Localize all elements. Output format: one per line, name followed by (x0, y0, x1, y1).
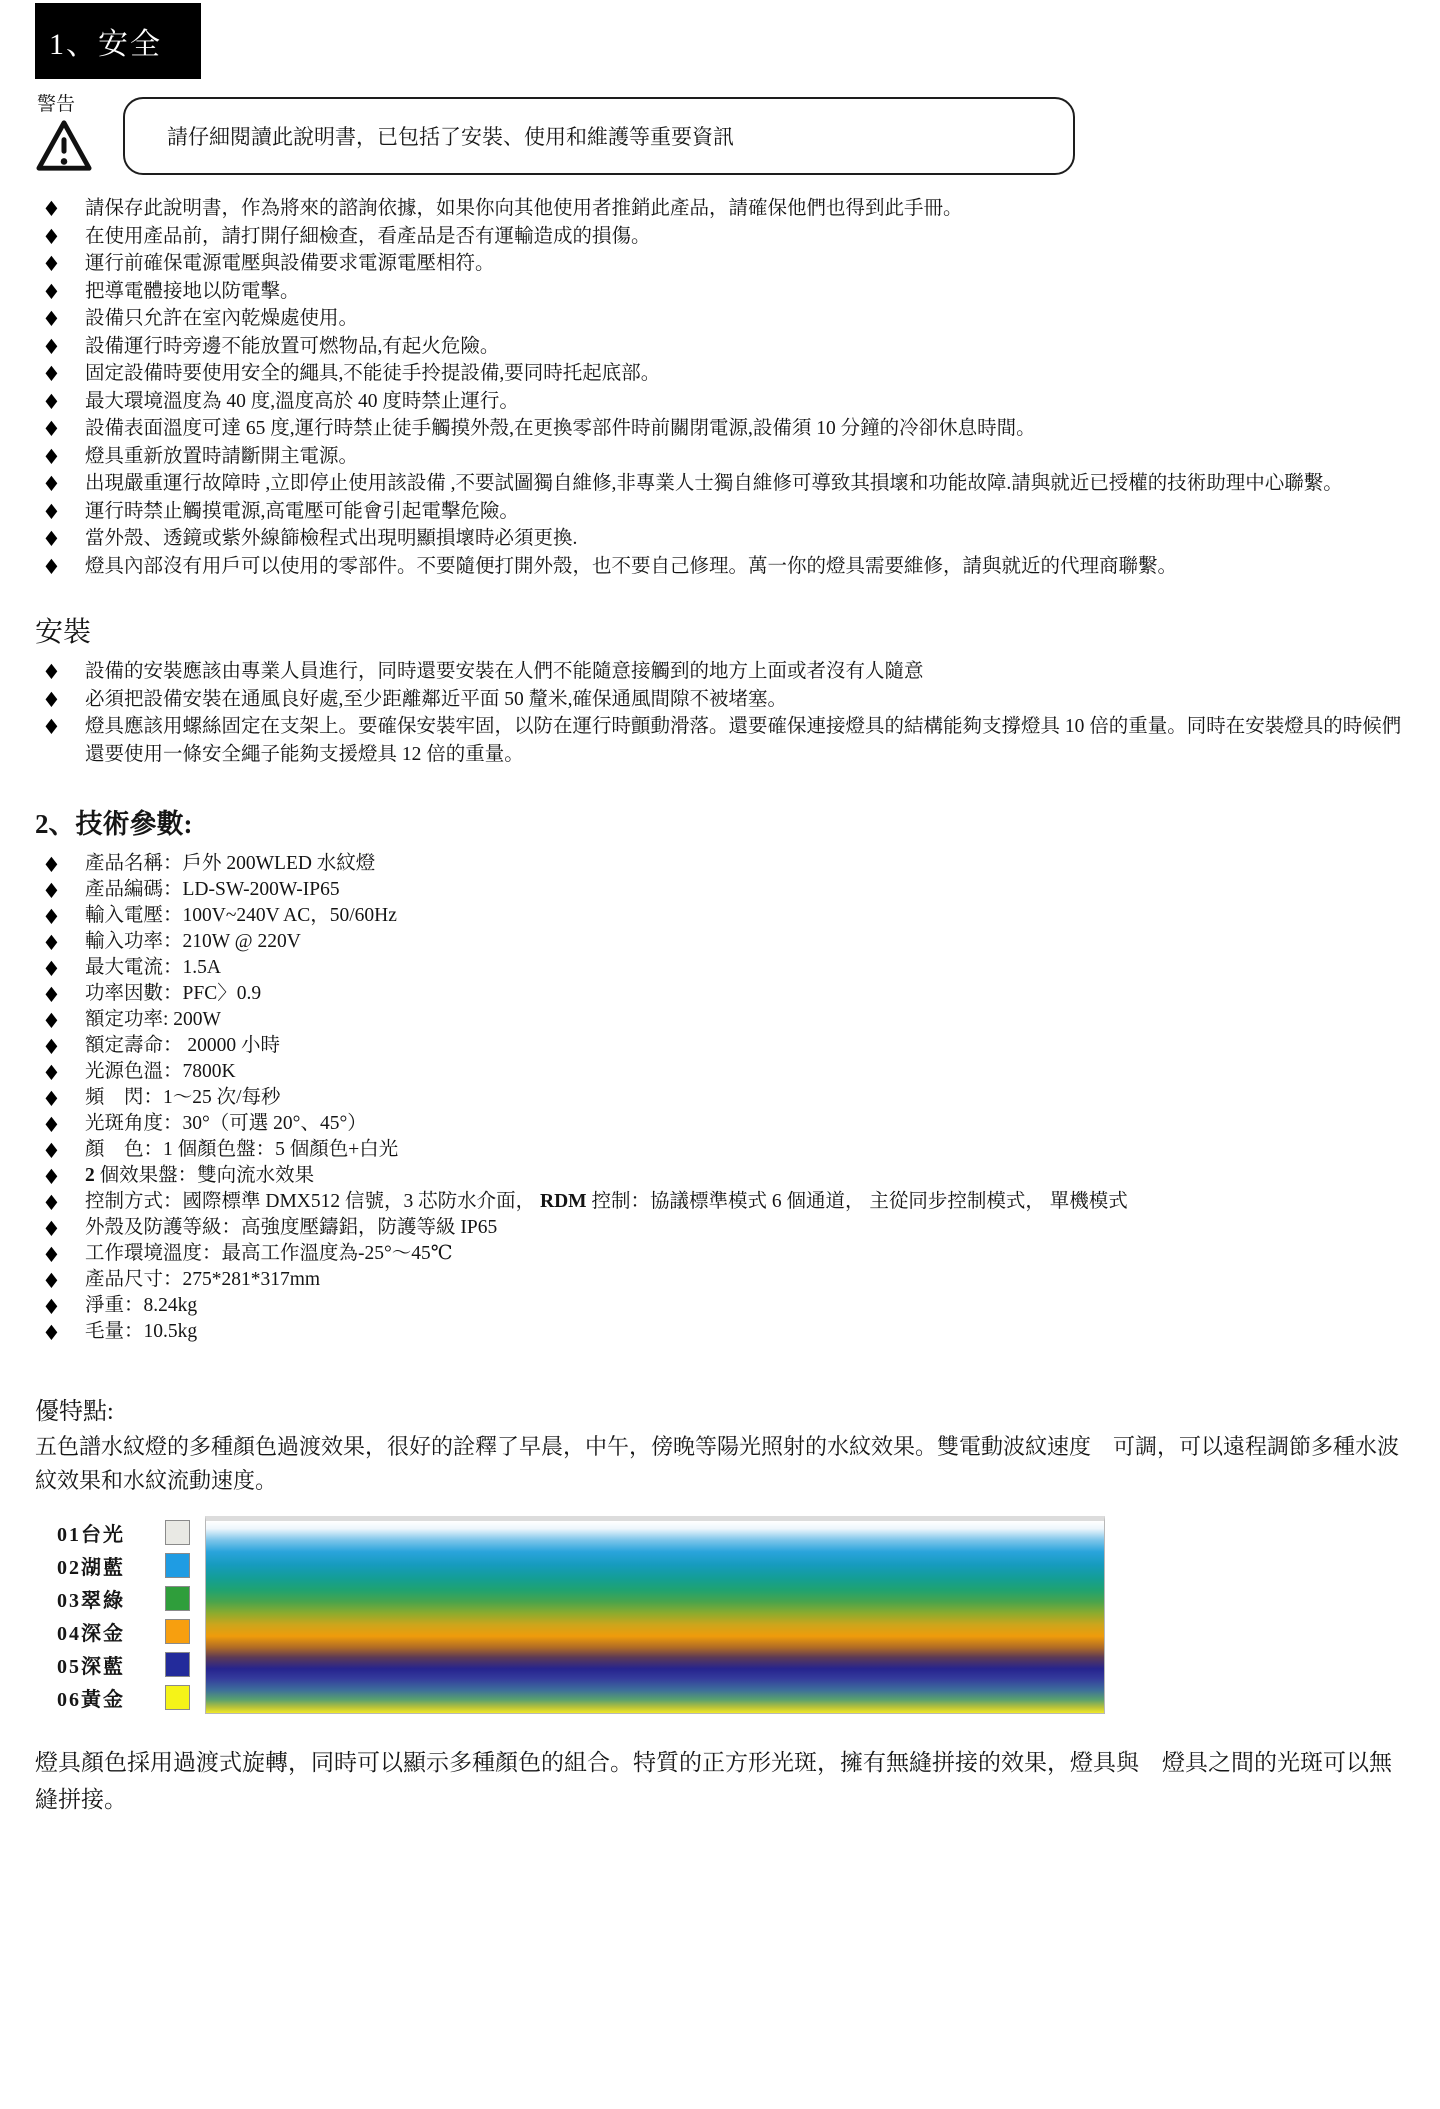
item-text: 產品尺寸：275*281*317mm (85, 1269, 320, 1290)
warning-box: 請仔細閱讀此說明書，已包括了安裝、使用和維護等重要資訊 (123, 97, 1075, 175)
features-description: 五色譜水紋燈的多種顏色過渡效果，很好的詮釋了早晨，中午，傍晚等陽光照射的水紋效果… (35, 1430, 1407, 1498)
color-legend: 01台光02湖藍03翠綠04深金05深藍06黃金 (35, 1514, 193, 1714)
item-text: 2 (85, 1165, 95, 1186)
spec-item: ♦功率因數：PFC〉0.9 (35, 981, 1410, 1007)
legend-row: 02湖藍 (35, 1549, 193, 1582)
diamond-bullet-icon: ♦ (42, 659, 61, 685)
diamond-bullet-icon: ♦ (42, 930, 61, 956)
item-text: 運行時禁止觸摸電源,高電壓可能會引起電擊危險。 (85, 501, 519, 522)
item-text: 顏 色：1 個顏色盤：5 個顏色+白光 (85, 1139, 398, 1160)
spec-item: ♦光斑角度：30°（可選 20°、45°） (35, 1111, 1410, 1137)
safety-item: ♦運行時禁止觸摸電源,高電壓可能會引起電擊危險。 (35, 498, 1410, 526)
diamond-bullet-icon: ♦ (42, 471, 61, 497)
diamond-bullet-icon: ♦ (42, 251, 61, 277)
spec-item: ♦頻 閃：1～25 次/每秒 (35, 1085, 1410, 1111)
item-text: 輸入功率：210W @ 220V (85, 931, 301, 952)
spec-item: ♦毛量：10.5kg (35, 1319, 1410, 1345)
item-text: 出現嚴重運行故障時 ,立即停止使用該設備 ,不要試圖獨自維修,非專業人士獨自維修… (85, 473, 1343, 494)
color-legend-label: 02湖藍 (57, 1551, 165, 1580)
diamond-bullet-icon: ♦ (42, 687, 61, 713)
item-text: 控制方式：國際標準 DMX512 信號，3 芯防水介面， (85, 1191, 540, 1212)
safety-item: ♦最大環境溫度為 40 度,溫度高於 40 度時禁止運行。 (35, 388, 1410, 416)
spec-item: ♦淨重：8.24kg (35, 1293, 1410, 1319)
spec-item: ♦產品尺寸：275*281*317mm (35, 1267, 1410, 1293)
safety-item: ♦燈具內部沒有用戶可以使用的零部件。不要隨便打開外殼，也不要自己修理。萬一你的燈… (35, 553, 1410, 581)
diamond-bullet-icon: ♦ (42, 389, 61, 415)
item-text: 頻 閃：1～25 次/每秒 (85, 1087, 281, 1108)
color-swatch (165, 1553, 190, 1578)
spec-list: ♦產品名稱：戶外 200WLED 水紋燈♦產品編碼：LD-SW-200W-IP6… (35, 851, 1410, 1345)
diamond-bullet-icon: ♦ (42, 1112, 61, 1138)
diamond-bullet-icon: ♦ (42, 306, 61, 332)
diamond-bullet-icon: ♦ (42, 1034, 61, 1060)
color-legend-label: 06黃金 (57, 1683, 165, 1712)
safety-item: ♦當外殼、透鏡或紫外線篩檢程式出現明顯損壞時必須更換. (35, 525, 1410, 553)
diamond-bullet-icon: ♦ (42, 196, 61, 222)
item-text: 設備表面溫度可達 65 度,運行時禁止徒手觸摸外殼,在更換零部件時前關閉電源,設… (85, 418, 1036, 439)
item-text: 必須把設備安裝在通風良好處,至少距離鄰近平面 50 釐米,確保通風間隙不被堵塞。 (85, 689, 787, 710)
item-text: 設備的安裝應該由專業人員進行，同時還要安裝在人們不能隨意接觸到的地方上面或者沒有… (85, 661, 924, 682)
spec-item: ♦控制方式：國際標準 DMX512 信號，3 芯防水介面， RDM 控制：協議標… (35, 1189, 1410, 1215)
install-item: ♦燈具應該用螺絲固定在支架上。要確保安裝牢固，以防在運行時顫動滑落。還要確保連接… (35, 713, 1410, 768)
item-text: 產品名稱：戶外 200WLED 水紋燈 (85, 853, 375, 874)
spec-item: ♦外殼及防護等級：高強度壓鑄鋁，防護等級 IP65 (35, 1215, 1410, 1241)
color-legend-label: 04深金 (57, 1617, 165, 1646)
item-text: 把導電體接地以防電擊。 (85, 281, 300, 302)
section1-title: 1、安全 (49, 19, 162, 63)
spec-item: ♦額定功率: 200W (35, 1007, 1410, 1033)
color-figure: 01台光02湖藍03翠綠04深金05深藍06黃金 (35, 1514, 1410, 1714)
diamond-bullet-icon: ♦ (42, 1294, 61, 1320)
item-text: 設備只允許在室內乾燥處使用。 (85, 308, 358, 329)
item-text: 固定設備時要使用安全的繩具,不能徒手拎提設備,要同時托起底部。 (85, 363, 660, 384)
spec-item: ♦輸入電壓：100V~240V AC，50/60Hz (35, 903, 1410, 929)
safety-item: ♦出現嚴重運行故障時 ,立即停止使用該設備 ,不要試圖獨自維修,非專業人士獨自維… (35, 470, 1410, 498)
safety-item: ♦設備表面溫度可達 65 度,運行時禁止徒手觸摸外殼,在更換零部件時前關閉電源,… (35, 415, 1410, 443)
safety-item: ♦固定設備時要使用安全的繩具,不能徒手拎提設備,要同時托起底部。 (35, 360, 1410, 388)
diamond-bullet-icon: ♦ (42, 982, 61, 1008)
page: 1、安全 警告 請仔細閱讀此說明書，已包括了安裝、使用和維護等重要資訊 ♦請保存… (0, 3, 1440, 1818)
diamond-bullet-icon: ♦ (42, 279, 61, 305)
warning-box-text: 請仔細閱讀此說明書，已包括了安裝、使用和維護等重要資訊 (167, 121, 734, 151)
safety-item: ♦請保存此說明書，作為將來的諮詢依據，如果你向其他使用者推銷此產品，請確保他們也… (35, 195, 1410, 223)
item-text: 最大電流：1.5A (85, 957, 221, 978)
item-text: 燈具應該用螺絲固定在支架上。要確保安裝牢固，以防在運行時顫動滑落。還要確保連接燈… (85, 716, 1401, 765)
color-legend-label: 01台光 (57, 1518, 165, 1547)
item-text: 光斑角度：30°（可選 20°、45°） (85, 1113, 367, 1134)
legend-row: 01台光 (35, 1516, 193, 1549)
install-item: ♦設備的安裝應該由專業人員進行，同時還要安裝在人們不能隨意接觸到的地方上面或者沒… (35, 658, 1410, 686)
diamond-bullet-icon: ♦ (42, 361, 61, 387)
color-swatch (165, 1652, 190, 1677)
diamond-bullet-icon: ♦ (42, 499, 61, 525)
install-list: ♦設備的安裝應該由專業人員進行，同時還要安裝在人們不能隨意接觸到的地方上面或者沒… (35, 658, 1410, 768)
install-item: ♦必須把設備安裝在通風良好處,至少距離鄰近平面 50 釐米,確保通風間隙不被堵塞… (35, 686, 1410, 714)
diamond-bullet-icon: ♦ (42, 1138, 61, 1164)
diamond-bullet-icon: ♦ (42, 224, 61, 250)
item-text: 控制：協議標準模式 6 個通道， 主從同步控制模式， 單機模式 (587, 1191, 1128, 1212)
diamond-bullet-icon: ♦ (42, 444, 61, 470)
color-legend-label: 05深藍 (57, 1650, 165, 1679)
diamond-bullet-icon: ♦ (42, 1190, 61, 1216)
item-text: 燈具內部沒有用戶可以使用的零部件。不要隨便打開外殼，也不要自己修理。萬一你的燈具… (85, 556, 1177, 577)
item-text: 產品編碼：LD-SW-200W-IP65 (85, 879, 340, 900)
item-text: 運行前確保電源電壓與設備要求電源電壓相符。 (85, 253, 495, 274)
item-text: 功率因數：PFC〉0.9 (85, 983, 261, 1004)
legend-row: 04深金 (35, 1615, 193, 1648)
diamond-bullet-icon: ♦ (42, 1320, 61, 1346)
safety-item: ♦運行前確保電源電壓與設備要求電源電壓相符。 (35, 250, 1410, 278)
item-text: 淨重：8.24kg (85, 1295, 197, 1316)
diamond-bullet-icon: ♦ (42, 1242, 61, 1268)
diamond-bullet-icon: ♦ (42, 1060, 61, 1086)
item-text: 燈具重新放置時請斷開主電源。 (85, 446, 358, 467)
diamond-bullet-icon: ♦ (42, 334, 61, 360)
warning-left-column: 警告 (35, 89, 123, 179)
warning-label: 警告 (37, 89, 75, 116)
spec-item: ♦最大電流：1.5A (35, 955, 1410, 981)
spec-item: ♦光源色溫：7800K (35, 1059, 1410, 1085)
diamond-bullet-icon: ♦ (42, 904, 61, 930)
features-title: 優特點: (35, 1391, 1410, 1426)
color-swatch (165, 1619, 190, 1644)
spec-item: ♦2 個效果盤：雙向流水效果 (35, 1163, 1410, 1189)
spec-item: ♦顏 色：1 個顏色盤：5 個顏色+白光 (35, 1137, 1410, 1163)
spec-item: ♦額定壽命： 20000 小時 (35, 1033, 1410, 1059)
item-text: 輸入電壓：100V~240V AC，50/60Hz (85, 905, 397, 926)
item-text: RDM (540, 1191, 587, 1212)
specs-title: 2、技術參數: (35, 802, 1410, 841)
color-legend-label: 03翠綠 (57, 1584, 165, 1613)
safety-item: ♦在使用產品前，請打開仔細檢查，看產品是否有運輸造成的損傷。 (35, 223, 1410, 251)
item-text: 個效果盤：雙向流水效果 (95, 1165, 314, 1186)
diamond-bullet-icon: ♦ (42, 1164, 61, 1190)
closing-paragraph: 燈具顏色採用過渡式旋轉，同時可以顯示多種顏色的組合。特質的正方形光斑，擁有無縫拼… (35, 1744, 1407, 1818)
diamond-bullet-icon: ♦ (42, 554, 61, 580)
item-text: 毛量：10.5kg (85, 1321, 197, 1342)
color-swatch (165, 1520, 190, 1545)
safety-item: ♦設備運行時旁邊不能放置可燃物品,有起火危險。 (35, 333, 1410, 361)
item-text: 光源色溫：7800K (85, 1061, 236, 1082)
spec-item: ♦產品名稱：戶外 200WLED 水紋燈 (35, 851, 1410, 877)
safety-item: ♦燈具重新放置時請斷開主電源。 (35, 443, 1410, 471)
legend-row: 03翠綠 (35, 1582, 193, 1615)
diamond-bullet-icon: ♦ (42, 956, 61, 982)
diamond-bullet-icon: ♦ (42, 416, 61, 442)
safety-section: ♦請保存此說明書，作為將來的諮詢依據，如果你向其他使用者推銷此產品，請確保他們也… (35, 195, 1410, 580)
diamond-bullet-icon: ♦ (42, 1008, 61, 1034)
diamond-bullet-icon: ♦ (42, 1086, 61, 1112)
legend-row: 05深藍 (35, 1648, 193, 1681)
item-text: 請保存此說明書，作為將來的諮詢依據，如果你向其他使用者推銷此產品，請確保他們也得… (85, 198, 963, 219)
diamond-bullet-icon: ♦ (42, 878, 61, 904)
diamond-bullet-icon: ♦ (42, 852, 61, 878)
section1-header: 1、安全 (35, 3, 201, 79)
warning-section: 警告 請仔細閱讀此說明書，已包括了安裝、使用和維護等重要資訊 (35, 89, 1410, 179)
install-title: 安裝 (35, 610, 1410, 650)
diamond-bullet-icon: ♦ (42, 1268, 61, 1294)
diamond-bullet-icon: ♦ (42, 526, 61, 552)
safety-item: ♦把導電體接地以防電擊。 (35, 278, 1410, 306)
safety-item: ♦設備只允許在室內乾燥處使用。 (35, 305, 1410, 333)
item-text: 在使用產品前，請打開仔細檢查，看產品是否有運輸造成的損傷。 (85, 226, 651, 247)
diamond-bullet-icon: ♦ (42, 714, 61, 740)
color-swatch (165, 1685, 190, 1710)
safety-list: ♦請保存此說明書，作為將來的諮詢依據，如果你向其他使用者推銷此產品，請確保他們也… (35, 195, 1410, 580)
diamond-bullet-icon: ♦ (42, 1216, 61, 1242)
warning-triangle-icon (35, 118, 93, 179)
item-text: 工作環境溫度：最高工作溫度為-25°～45℃ (85, 1243, 453, 1264)
spec-item: ♦輸入功率：210W @ 220V (35, 929, 1410, 955)
item-text: 最大環境溫度為 40 度,溫度高於 40 度時禁止運行。 (85, 391, 519, 412)
color-swatch (165, 1586, 190, 1611)
legend-row: 06黃金 (35, 1681, 193, 1714)
spec-item: ♦工作環境溫度：最高工作溫度為-25°～45℃ (35, 1241, 1410, 1267)
item-text: 當外殼、透鏡或紫外線篩檢程式出現明顯損壞時必須更換. (85, 528, 577, 549)
color-gradient-band (205, 1516, 1105, 1714)
item-text: 額定功率: 200W (85, 1009, 221, 1030)
item-text: 設備運行時旁邊不能放置可燃物品,有起火危險。 (85, 336, 499, 357)
item-text: 外殼及防護等級：高強度壓鑄鋁，防護等級 IP65 (85, 1217, 497, 1238)
spec-item: ♦產品編碼：LD-SW-200W-IP65 (35, 877, 1410, 903)
item-text: 額定壽命： 20000 小時 (85, 1035, 280, 1056)
